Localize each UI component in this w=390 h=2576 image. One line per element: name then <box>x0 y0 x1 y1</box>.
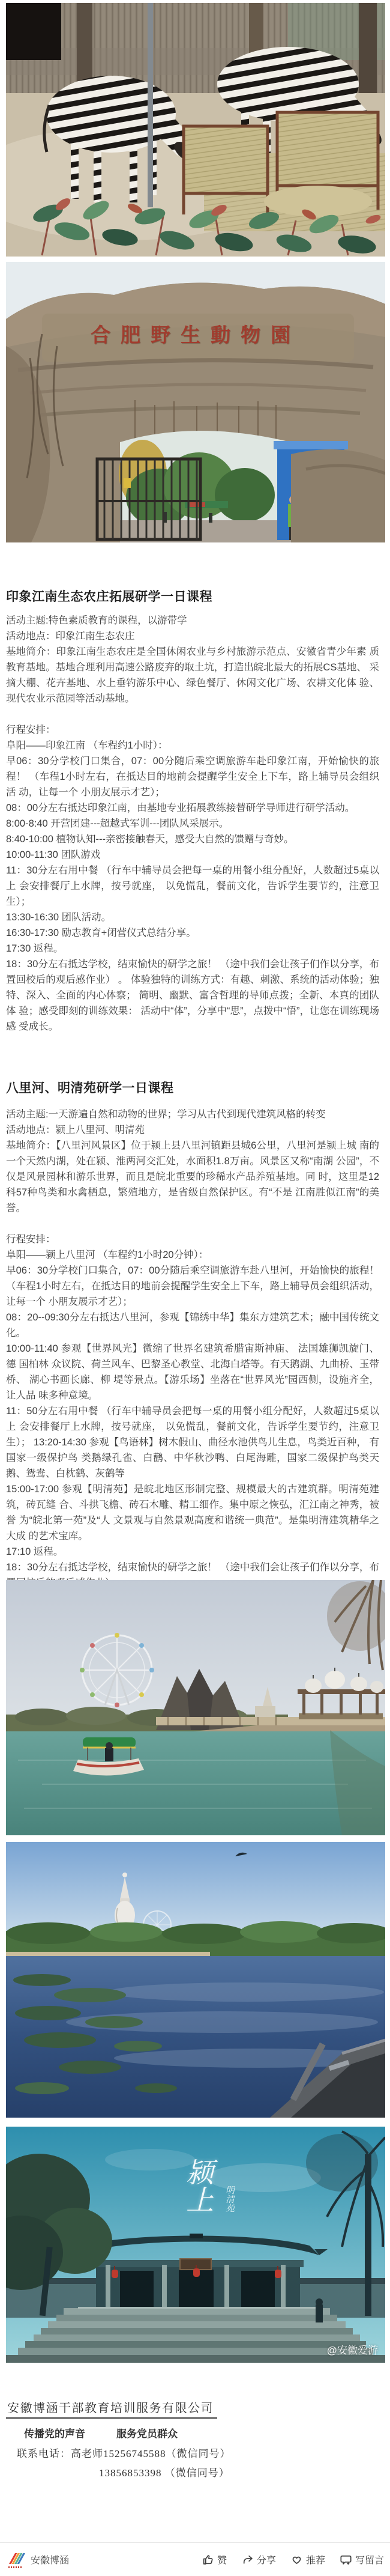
bottom-action-bar: 安徽博涵 赞 分享 <box>7 2548 384 2570</box>
comment-label: 写留言 <box>355 2553 384 2566</box>
recommend-button[interactable]: 推荐 <box>290 2553 325 2566</box>
company-name: 安徽博涵干部教育培训服务有限公司 <box>6 2398 217 2419</box>
slogan-line: 传播党的声音服务党员群众 <box>24 2425 379 2440</box>
slogan-left: 传播党的声音 <box>24 2428 85 2440</box>
like-label: 赞 <box>217 2553 227 2566</box>
zoo-gate-photo: 合肥野生動物園 <box>6 262 385 542</box>
paragraph: 17:10 返程。 <box>6 1544 379 1560</box>
paragraph: 活动地点：印象江南生态农庄 <box>6 628 379 644</box>
paragraph: 基地简介：印象江南生态农庄是全国休闲农业与乡村旅游示范点、安徽省青少年素 质教育… <box>6 644 379 706</box>
article-page: 合肥野生動物園 印象江南生态农庄拓展研学一日课程 活动主题:特色素质教育的课程，… <box>0 0 390 2576</box>
paragraph: 行程安排： <box>6 1232 379 1247</box>
paragraph: 15:00-17:00 参观【明清苑】是皖北地区形制完整、规模最大的古建筑群。明… <box>6 1481 379 1544</box>
paragraph: 基地简介：【八里河风景区】位于颍上县八里河镇距县城6公里，八里河是颍上城 南的一… <box>6 1138 379 1216</box>
paragraph: 08：00分左右抵达印象江南，由基地专业拓展教练接替研学导师进行研学活动。 <box>6 800 379 816</box>
bottom-divider <box>0 2542 390 2543</box>
paragraph: 行程安排： <box>6 722 379 738</box>
pagoda-lake-illustration <box>6 1842 385 2118</box>
temple-illustration <box>6 2127 385 2363</box>
paragraph: 16:30-17:30 励志教育+闭营仪式总结分享。 <box>6 925 379 941</box>
zoo-gate-illustration <box>6 262 385 542</box>
ferris-wheel <box>80 1633 154 1707</box>
brand-link[interactable]: 安徽博涵 <box>7 2550 69 2568</box>
paragraph: 阜阳——印象江南 （车程约1小时）： <box>6 738 379 753</box>
paragraph: 17:30 返程。 <box>6 941 379 956</box>
zebra-photo <box>6 3 385 257</box>
paragraph: 早06：30分学校门口集合，07：00分随后乘空调旅游车赴八里河，开始愉快的旅程… <box>6 1263 379 1310</box>
brand-name: 安徽博涵 <box>31 2553 69 2566</box>
section1-heading: 印象江南生态农庄拓展研学一日课程 <box>6 587 379 605</box>
paragraph: 活动主题:一天游遍自然和动物的世界；学习从古代到现代建筑风格的转变 <box>6 1107 379 1122</box>
ferris-wheel-lake-photo <box>6 1580 385 1835</box>
pagoda-lake-photo <box>6 1842 385 2118</box>
contact-line-2: 13856853398 （微信同号） <box>99 2464 379 2479</box>
share-button[interactable]: 分享 <box>241 2553 276 2566</box>
paragraph: 10:00-11:30 团队游戏 <box>6 847 379 863</box>
ferris-lake-illustration <box>6 1580 385 1835</box>
share-label: 分享 <box>257 2553 276 2566</box>
paragraph: 10:00-11:40 参观【世界风光】微缩了世界名建筑希腊宙斯神庙、 法国雄狮… <box>6 1341 379 1403</box>
recommend-label: 推荐 <box>306 2553 325 2566</box>
paragraph: 早06：30分学校门口集合，07：00分随后乘空调旅游车赴印象江南，开始愉快的旅… <box>6 753 379 800</box>
like-button[interactable]: 赞 <box>202 2553 227 2566</box>
paragraph: 活动地点：颍上八里河、明清苑 <box>6 1122 379 1138</box>
paragraph: 8:00-8:40 开营团建---超越式军训---团队风采展示。 <box>6 816 379 831</box>
comment-bubble-icon <box>340 2553 352 2566</box>
paragraph: 活动主题:特色素质教育的课程，以游带学 <box>6 613 379 628</box>
slogan-right: 服务党员群众 <box>116 2428 178 2440</box>
comment-button[interactable]: 写留言 <box>340 2553 384 2566</box>
paragraph: 13:30-16:30 团队活动。 <box>6 910 379 925</box>
paragraph: 8:40-10:00 植物认知---亲密接触春天，感受大自然的馈赠与奇妙。 <box>6 831 379 847</box>
section1-body: 活动主题:特色素质教育的课程，以游带学 活动地点：印象江南生态农庄 基地简介：印… <box>6 613 379 1034</box>
paragraph: 18：30分左右抵达学校，结束愉快的研学之旅！ （途中我们会让孩子们作以分享，布… <box>6 956 379 1034</box>
section2-heading: 八里河、明清苑研学一日课程 <box>6 1078 379 1096</box>
paragraph: 08：20--09:30分左右抵达八里河，参观【锦绣中华】集东方建筑艺术；融中国… <box>6 1310 379 1341</box>
paragraph: 11：30分左右用中餐 （行车中辅导员会把每一桌的用餐小组分配好，人数超过5桌以… <box>6 863 379 910</box>
paragraph: 11：50分左右用中餐 （行车中辅导员会把每一桌的用餐小组分配好，人数超过5桌以… <box>6 1403 379 1481</box>
contact-line-1: 联系电话：高老师15256745588（微信同号） <box>17 2445 379 2460</box>
zebra-photo-illustration <box>6 3 385 257</box>
thumbs-up-icon <box>202 2553 214 2566</box>
action-buttons: 赞 分享 推荐 <box>202 2553 384 2566</box>
article-footer: 安徽博涵干部教育培训服务有限公司 传播党的声音服务党员群众 联系电话：高老师15… <box>6 2398 379 2479</box>
paragraph: 阜阳——颍上八里河 （车程约1小时20分钟）： <box>6 1247 379 1263</box>
temple-photo: 颍上 明清苑 @安徽爱游 <box>6 2127 385 2363</box>
section2-body: 活动主题:一天游遍自然和动物的世界；学习从古代到现代建筑风格的转变 活动地点：颍… <box>6 1107 379 1591</box>
share-arrow-icon <box>241 2553 254 2566</box>
brand-logo-icon <box>7 2550 25 2568</box>
heart-icon <box>290 2553 303 2566</box>
